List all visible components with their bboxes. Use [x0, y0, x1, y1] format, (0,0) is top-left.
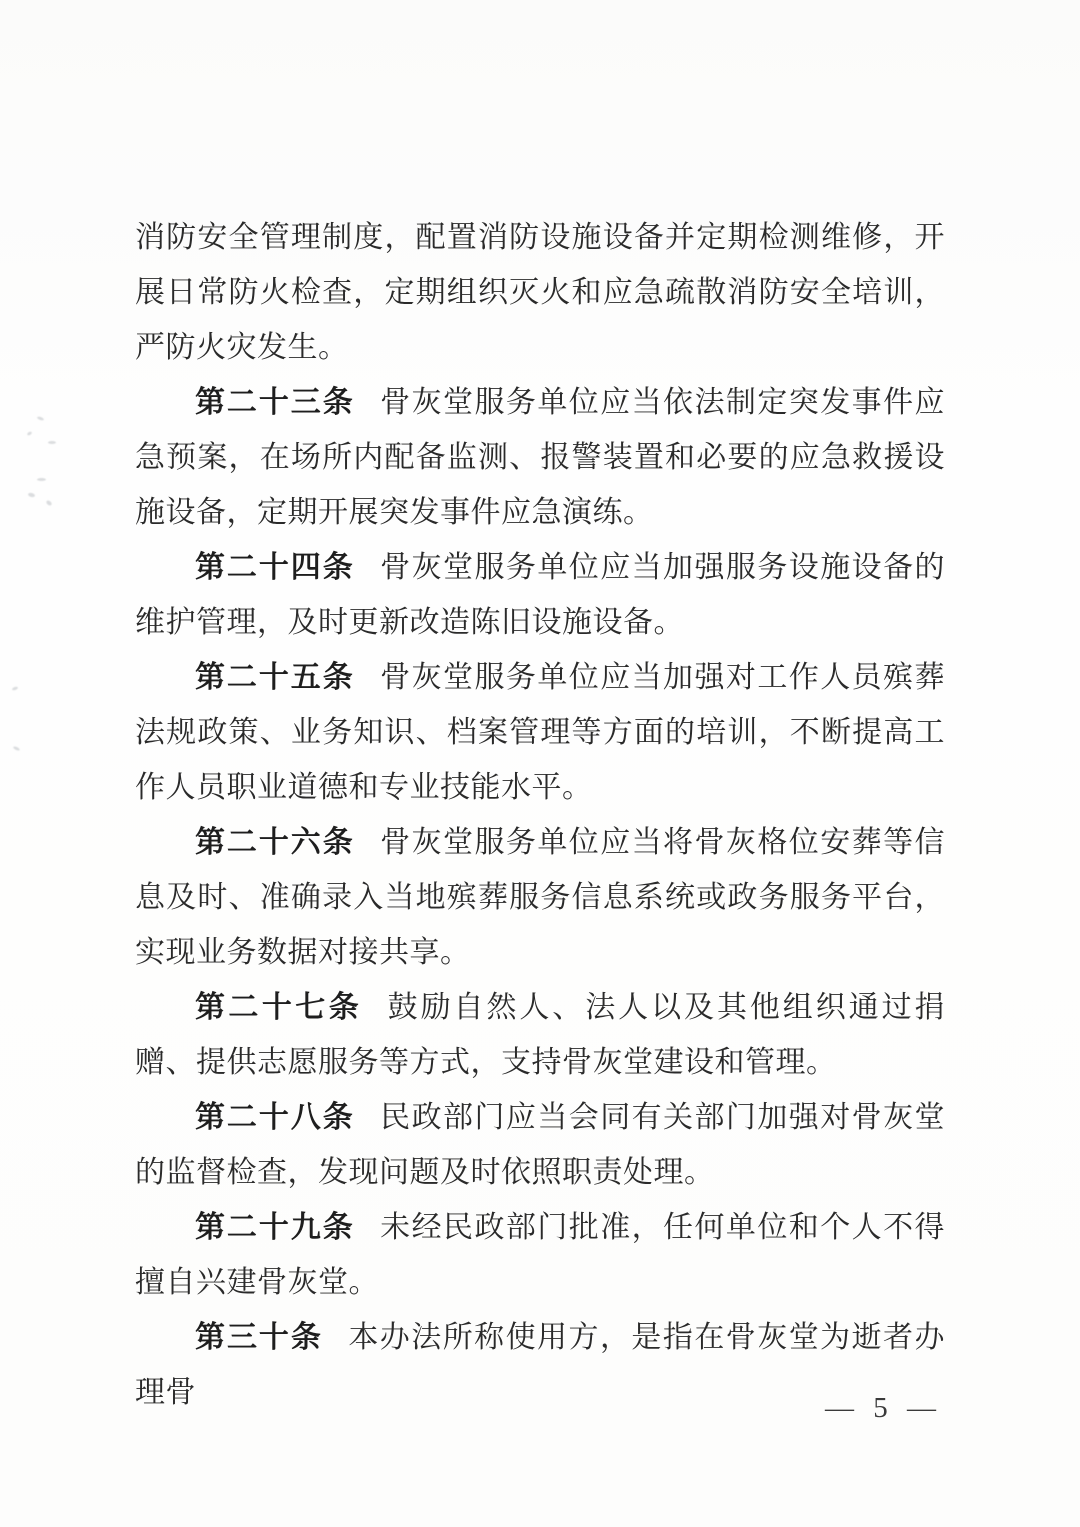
scan-speck: [12, 686, 19, 691]
scan-speck: [27, 431, 33, 436]
scan-speck: [37, 416, 45, 421]
article-number: 第二十七条: [195, 990, 362, 1025]
scan-speck: [37, 478, 46, 481]
paragraph: 第二十五条骨灰堂服务单位应当加强对工作人员殡葬法规政策、业务知识、档案管理等方面…: [135, 650, 945, 815]
paragraph: 第二十三条骨灰堂服务单位应当依法制定突发事件应急预案，在场所内配备监测、报警装置…: [135, 375, 945, 540]
article-number: 第二十六条: [195, 825, 355, 860]
paragraph-text: 消防安全管理制度，配置消防设施设备并定期检测维修，开展日常防火检查，定期组织灭火…: [135, 221, 945, 364]
paragraph: 第二十九条未经民政部门批准，任何单位和个人不得擅自兴建骨灰堂。: [135, 1200, 945, 1310]
scan-speck: [28, 492, 36, 498]
paragraph: 第二十七条鼓励自然人、法人以及其他组织通过捐赠、提供志愿服务等方式，支持骨灰堂建…: [135, 980, 945, 1090]
article-number: 第二十五条: [195, 660, 355, 695]
paragraph: 第二十八条民政部门应当会同有关部门加强对骨灰堂的监督检查，发现问题及时依照职责处…: [135, 1090, 945, 1200]
scan-speck: [45, 500, 52, 507]
page-number: — 5 —: [825, 1392, 942, 1425]
scan-speck: [48, 441, 56, 444]
article-number: 第二十九条: [195, 1210, 355, 1245]
paragraph: 第二十四条骨灰堂服务单位应当加强服务设施设备的维护管理，及时更新改造陈旧设施设备…: [135, 540, 945, 650]
document-text-block: 消防安全管理制度，配置消防设施设备并定期检测维修，开展日常防火检查，定期组织灭火…: [135, 210, 945, 1420]
article-number: 第二十四条: [195, 550, 355, 585]
paragraph: 第二十六条骨灰堂服务单位应当将骨灰格位安葬等信息及时、准确录入当地殡葬服务信息系…: [135, 815, 945, 980]
paragraph: 第三十条本办法所称使用方，是指在骨灰堂为逝者办理骨: [135, 1310, 945, 1420]
article-number: 第二十八条: [195, 1100, 355, 1135]
scanned-document-page: 消防安全管理制度，配置消防设施设备并定期检测维修，开展日常防火检查，定期组织灭火…: [0, 0, 1080, 1527]
article-number: 第三十条: [195, 1320, 323, 1355]
article-number: 第二十三条: [195, 385, 355, 420]
scan-speck: [13, 746, 21, 752]
paragraph: 消防安全管理制度，配置消防设施设备并定期检测维修，开展日常防火检查，定期组织灭火…: [135, 210, 945, 375]
